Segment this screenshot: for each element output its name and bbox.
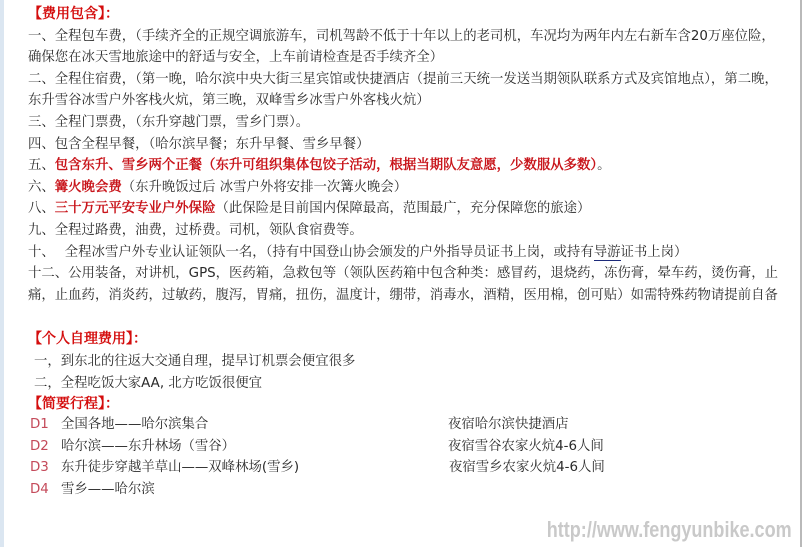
item-title: 全程包车费， xyxy=(55,29,135,44)
fee-item-1: 一、全程包车费，（手续齐全的正规空调旅游车，司机驾龄不低于十年以上的老司机，车况… xyxy=(28,26,788,69)
fee-item-5: 五、包含东升、雪乡两个正餐（东升可组织集体包饺子活动，根据当期队友意愿，少数服从… xyxy=(28,155,792,177)
day-route: 东升徒步穿越羊草山——双峰林场(雪乡) xyxy=(61,457,299,479)
fee-item-3: 三、全程门票费，（东升穿越门票，雪乡门票）。 xyxy=(28,112,792,134)
personal-expense-item-1: 一，到东北的往返大交通自理，提早订机票会便宜很多 xyxy=(28,351,792,373)
fee-item-10: 十、全程冰雪户外专业认证领队一名，（持有中国登山协会颁发的户外指导员证书上岗，或… xyxy=(28,242,792,264)
item-title: 全程住宿费， xyxy=(55,72,135,87)
personal-expenses-heading: 【个人自理费用】： xyxy=(28,329,792,351)
day-label: D4 xyxy=(30,479,49,501)
fee-item-6: 六、篝火晚会费（东升晚饭过后 冰雪户外将安排一次篝火晚会） xyxy=(28,177,792,199)
day-accommodation: 夜宿雪乡农家火炕4-6人间 xyxy=(449,457,605,479)
item-title: 公用装备，对讲机，GPS，医药箱，急救包等 xyxy=(68,266,336,281)
item-prefix: 六、 xyxy=(28,180,55,195)
day-route: 全国各地——哈尔滨集合 xyxy=(61,414,208,436)
item-detail: （此保险是目前国内保障最高，范围最广，充分保障您的旅途） xyxy=(215,201,590,216)
trip-details: 【费用包含】： 一、全程包车费，（手续齐全的正规空调旅游车，司机驾龄不低于十年以… xyxy=(28,0,792,500)
item-prefix: 九、 xyxy=(28,223,55,238)
fee-item-9: 九、全程过路费，油费，过桥费。司机，领队食宿费等。 xyxy=(28,220,792,242)
item-prefix: 二、 xyxy=(28,72,55,87)
itinerary-row-d4: D4 雪乡——哈尔滨 xyxy=(28,479,792,501)
item-detail: 证书上岗） xyxy=(621,245,688,260)
item-detail: （持有中国登山协会颁发的户外指导员证书上岗，或持有 xyxy=(266,245,594,260)
item-title: 全程过路费，油费，过桥费。司机，领队食宿费等。 xyxy=(55,223,363,238)
item-prefix: 三、 xyxy=(28,115,55,130)
item-title-emphasis: 三十万元平安专业户外保险 xyxy=(55,201,216,216)
day-accommodation: 夜宿雪谷农家火炕4-6人间 xyxy=(448,436,604,458)
item-detail: （手续齐全的正规空调旅游车，司机驾龄不低于十年以上的老司机，车况均为两年内左右新… xyxy=(28,29,775,66)
item-prefix: 一、 xyxy=(28,29,55,44)
item-prefix: 五、 xyxy=(28,158,55,173)
item-title: 全程门票费， xyxy=(55,115,135,130)
site-watermark: http://www.fengyunbike.com xyxy=(547,517,792,543)
item-prefix: 八、 xyxy=(28,201,55,216)
itinerary-heading: 【简要行程】： xyxy=(28,394,792,414)
item-prefix: 十二、 xyxy=(28,266,68,281)
itinerary-row-d3: D3 东升徒步穿越羊草山——双峰林场(雪乡) 夜宿雪乡农家火炕4-6人间 xyxy=(28,457,792,479)
day-route: 雪乡——哈尔滨 xyxy=(61,479,155,501)
item-detail: （哈尔滨早餐；东升早餐、雪乡早餐） xyxy=(149,137,370,152)
item-title-emphasis: 包含东升、雪乡两个正餐（东升可组织集体包饺子活动，根据当期队友意愿，少数服从多数… xyxy=(55,158,597,173)
item-prefix: 四、 xyxy=(28,137,55,152)
day-label: D3 xyxy=(30,457,49,479)
day-label: D1 xyxy=(30,414,49,436)
itinerary-row-d1: D1 全国各地——哈尔滨集合 夜宿哈尔滨快捷酒店 xyxy=(28,414,792,436)
day-accommodation: 夜宿哈尔滨快捷酒店 xyxy=(448,414,569,436)
item-detail: 。 xyxy=(597,158,610,173)
tour-guide-link[interactable]: 导游 xyxy=(594,245,621,261)
item-title-emphasis: 篝火晚会费 xyxy=(55,180,122,195)
day-label: D2 xyxy=(30,436,49,458)
item-prefix: 十、 xyxy=(28,245,55,260)
item-detail: （东升晚饭过后 冰雪户外将安排一次篝火晚会） xyxy=(122,180,407,195)
fee-item-4: 四、包含全程早餐，（哈尔滨早餐；东升早餐、雪乡早餐） xyxy=(28,134,792,156)
fee-item-8: 八、三十万元平安专业户外保险（此保险是目前国内保障最高，范围最广，充分保障您的旅… xyxy=(28,198,792,220)
item-detail: （东升穿越门票，雪乡门票）。 xyxy=(135,115,309,130)
fees-included-heading: 【费用包含】： xyxy=(28,4,792,26)
fee-item-12: 十二、公用装备，对讲机，GPS，医药箱，急救包等（领队医药箱中包含种类：感冒药，… xyxy=(28,263,790,306)
fee-item-2: 二、全程住宿费，（第一晚，哈尔滨中央大街三星宾馆或快捷酒店（提前三天统一发送当期… xyxy=(28,69,790,112)
item-title: 包含全程早餐， xyxy=(55,137,149,152)
item-title: 全程冰雪户外专业认证领队一名， xyxy=(65,245,266,260)
day-route: 哈尔滨——东升林场（雪谷） xyxy=(61,436,235,458)
itinerary-row-d2: D2 哈尔滨——东升林场（雪谷） 夜宿雪谷农家火炕4-6人间 xyxy=(28,436,792,458)
personal-expense-item-2: 二，全程吃饭大家AA, 北方吃饭很便宜 xyxy=(28,373,792,395)
item-detail: （第一晚，哈尔滨中央大街三星宾馆或快捷酒店（提前三天统一发送当期领队联系方式及宾… xyxy=(28,72,778,109)
page-frame: 【费用包含】： 一、全程包车费，（手续齐全的正规空调旅游车，司机驾龄不低于十年以… xyxy=(0,0,802,547)
